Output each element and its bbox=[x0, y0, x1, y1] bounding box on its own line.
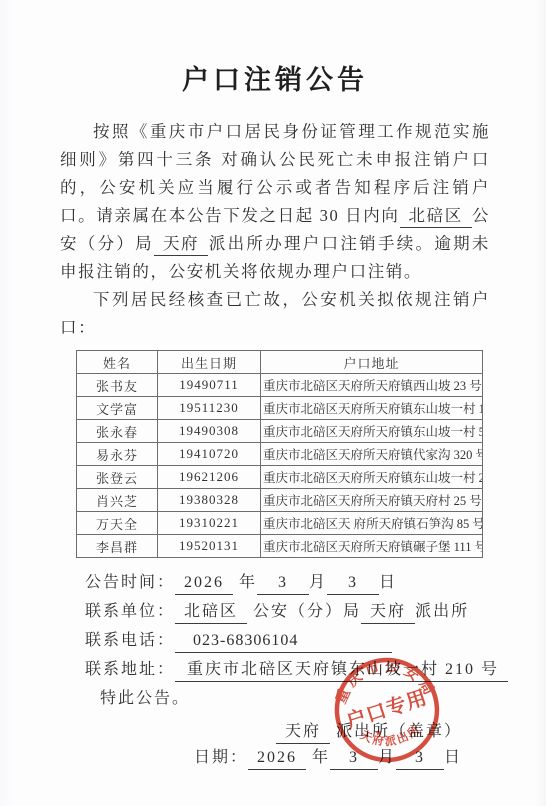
intro-blank-value: 北碚区 bbox=[400, 206, 472, 228]
cell-name: 易永芬 bbox=[77, 443, 158, 466]
signature-unit-line: 天府 派出所（盖章） bbox=[60, 719, 462, 745]
column-header: 姓名 bbox=[77, 351, 158, 374]
notice-content: 户口注销公告 按照《重庆市户口居民身份证管理工作规范实施细则》第四十三条 对确认… bbox=[60, 0, 490, 771]
field-notice-date-blank-value: 3 bbox=[327, 572, 379, 595]
field-contact-phone-blank-value: 023-68306104 bbox=[175, 630, 392, 653]
signature-date-blank-value: 3 bbox=[330, 748, 378, 770]
closing-statement: 特此公告。 bbox=[100, 684, 490, 713]
cell-address: 重庆市北碚区天府所天府镇西山坡 23 号 2-2 bbox=[261, 374, 483, 397]
signature-date-text: 年 bbox=[306, 749, 330, 766]
deceased-residents-table: 姓名出生日期户口地址 张书友19490711重庆市北碚区天府所天府镇西山坡 23… bbox=[76, 350, 483, 558]
field-contact-address-label: 联系地址： bbox=[85, 661, 175, 678]
table-row: 张永春19490308重庆市北碚区天府所天府镇东山坡一村 53 号 bbox=[77, 420, 483, 443]
table-row: 文学富19511230重庆市北碚区天府所天府镇东山坡一村 111 号 bbox=[77, 397, 483, 420]
field-contact-unit: 联系单位：北碚区 公安（分）局天府派出所 bbox=[85, 597, 490, 626]
cell-name: 张永春 bbox=[77, 420, 158, 443]
paragraph-intro: 按照《重庆市户口居民身份证管理工作规范实施细则》第四十三条 对确认公民死亡未申报… bbox=[60, 118, 490, 286]
cell-name: 张书友 bbox=[77, 374, 158, 397]
cell-address: 重庆市北碚区天 府所天府镇石笋沟 85 号 bbox=[261, 512, 483, 535]
field-contact-unit-text: 派出所 bbox=[415, 603, 469, 620]
table-row: 李昌群19520131重庆市北碚区天府所天府镇碾子堡 111 号 7-2 bbox=[77, 535, 483, 558]
cell-name: 文学富 bbox=[77, 397, 158, 420]
field-contact-address-blank-value: 重庆市北碚区天府镇东山坡一村 210 号 bbox=[175, 659, 508, 682]
cell-name: 李昌群 bbox=[77, 535, 158, 558]
signature-date-text: 月 bbox=[378, 749, 396, 766]
cell-birthdate: 19410720 bbox=[158, 443, 261, 466]
field-notice-date-text: 日 bbox=[379, 574, 397, 591]
field-notice-date-blank-value: 2026 bbox=[175, 572, 233, 595]
signature-block: 天府 派出所（盖章） 日期：2026 年3月3日 bbox=[60, 719, 462, 771]
table-row: 肖兴芝19380328重庆市北碚区天府所天府镇天府村 25 号附 1 号 bbox=[77, 489, 483, 512]
field-contact-phone-label: 联系电话： bbox=[85, 632, 175, 649]
field-contact-phone: 联系电话：023-68306104 bbox=[85, 626, 490, 655]
scanned-notice-page: 户口注销公告 按照《重庆市户口居民身份证管理工作规范实施细则》第四十三条 对确认… bbox=[0, 0, 546, 806]
field-contact-unit-label: 联系单位： bbox=[85, 603, 175, 620]
cell-address: 重庆市北碚区天府所天府镇东山坡一村 224 号 bbox=[261, 466, 483, 489]
cell-address: 重庆市北碚区天府所天府镇代家沟 320 号 2-2 bbox=[261, 443, 483, 466]
column-header: 出生日期 bbox=[158, 351, 261, 374]
cell-birthdate: 19520131 bbox=[158, 535, 261, 558]
cell-birthdate: 19380328 bbox=[158, 489, 261, 512]
signature-date-blank-value: 3 bbox=[396, 748, 444, 770]
cell-name: 肖兴芝 bbox=[77, 489, 158, 512]
table-row: 万天全19310221重庆市北碚区天 府所天府镇石笋沟 85 号 bbox=[77, 512, 483, 535]
table-header-row: 姓名出生日期户口地址 bbox=[77, 351, 483, 374]
intro-blank-value: 天府 bbox=[154, 234, 208, 256]
signature-unit-blank-value: 天府 bbox=[276, 722, 330, 744]
cell-address: 重庆市北碚区天府所天府镇东山坡一村 53 号 bbox=[261, 420, 483, 443]
field-contact-unit-blank-value: 北碚区 bbox=[175, 601, 247, 624]
contact-fields: 公告时间：2026 年3月3日联系单位：北碚区 公安（分）局天府派出所联系电话：… bbox=[85, 568, 490, 684]
table-row: 张书友19490711重庆市北碚区天府所天府镇西山坡 23 号 2-2 bbox=[77, 374, 483, 397]
field-contact-unit-blank-value: 天府 bbox=[361, 601, 415, 624]
field-contact-unit-text: 公安（分）局 bbox=[247, 603, 361, 620]
signature-date-line: 日期：2026 年3月3日 bbox=[60, 745, 462, 771]
cell-birthdate: 19511230 bbox=[158, 397, 261, 420]
page-title: 户口注销公告 bbox=[60, 62, 490, 98]
cell-birthdate: 19310221 bbox=[158, 512, 261, 535]
cell-birthdate: 19621206 bbox=[158, 466, 261, 489]
cell-name: 万天全 bbox=[77, 512, 158, 535]
signature-unit-text: 派出所（盖章） bbox=[330, 723, 462, 740]
signature-date-blank-value: 2026 bbox=[248, 748, 306, 770]
table-row: 易永芬19410720重庆市北碚区天府所天府镇代家沟 320 号 2-2 bbox=[77, 443, 483, 466]
paragraph-list-intro: 下列居民经核查已亡故，公安机关拟依规注销户口： bbox=[60, 286, 490, 342]
field-notice-date-label: 公告时间： bbox=[85, 574, 175, 591]
table-row: 张登云19621206重庆市北碚区天府所天府镇东山坡一村 224 号 bbox=[77, 466, 483, 489]
column-header: 户口地址 bbox=[261, 351, 483, 374]
field-notice-date-text: 年 bbox=[233, 574, 257, 591]
cell-address: 重庆市北碚区天府所天府镇碾子堡 111 号 7-2 bbox=[261, 535, 483, 558]
field-notice-date-text: 月 bbox=[309, 574, 327, 591]
cell-birthdate: 19490711 bbox=[158, 374, 261, 397]
cell-birthdate: 19490308 bbox=[158, 420, 261, 443]
field-notice-date-blank-value: 3 bbox=[257, 572, 309, 595]
field-notice-date: 公告时间：2026 年3月3日 bbox=[85, 568, 490, 597]
cell-name: 张登云 bbox=[77, 466, 158, 489]
cell-address: 重庆市北碚区天府所天府镇天府村 25 号附 1 号 bbox=[261, 489, 483, 512]
signature-date-label: 日期： bbox=[194, 749, 248, 766]
field-contact-address: 联系地址：重庆市北碚区天府镇东山坡一村 210 号 bbox=[85, 655, 490, 684]
cell-address: 重庆市北碚区天府所天府镇东山坡一村 111 号 bbox=[261, 397, 483, 420]
signature-date-text: 日 bbox=[444, 749, 462, 766]
